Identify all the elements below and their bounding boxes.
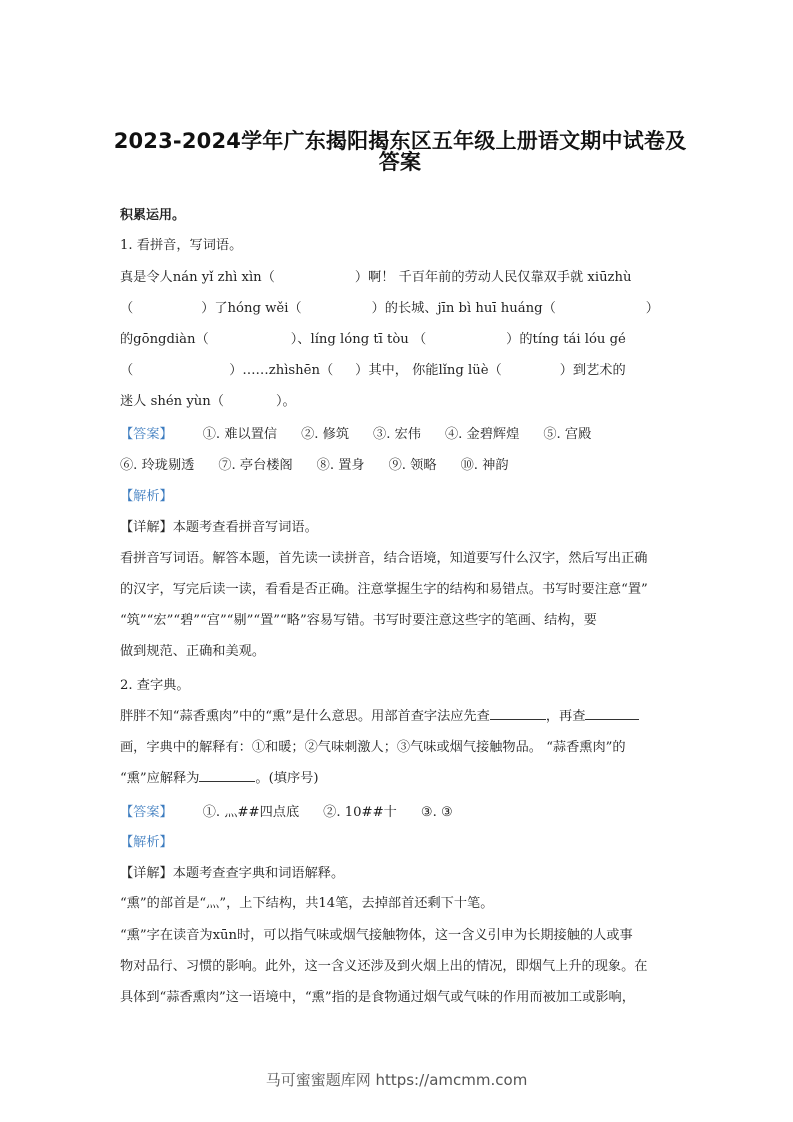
q1-line-3: 的gōngdiàn（）、líng lóng tī tòu （）的tíng tái… [120,330,680,350]
answer-tag: 【答案】 [120,805,173,820]
q1-line-5: 迷人 shén yùn（）。 [120,392,680,412]
analysis-tag: 【解析】 [120,833,680,853]
q1-detail-line: 的汉字，写完后读一读，看看是否正确。注意掌握生字的结构和易错点。书写时要注意“置… [120,580,680,600]
q1-line-1: 真是令人nán yǐ zhì xìn（）啊！ 千百年前的劳动人民仅靠双手就 xi… [120,268,680,288]
q1-line2-a: （ [120,301,133,316]
q1-detail-title: 【详解】本题考查看拼音写词语。 [120,518,680,538]
fill-blank [490,707,546,720]
q1-answer-line-1: 【答案】①. 难以置信②. 修筑③. 宏伟④. 金碧辉煌⑤. 宫殿 [120,425,680,445]
q2-answer-line: 【答案】①. 灬##四点底②. 10##十③. ③ [120,803,680,823]
q2-line-1: 胖胖不知“蒜香熏肉”中的“熏”是什么意思。用部首查字法应先查，再查 [120,707,680,727]
answer-item: ④. 金碧辉煌 [445,425,519,445]
q1-line5-b: ）。 [276,394,296,409]
answer-tag: 【答案】 [120,427,173,442]
q2-line-3: “熏”应解释为。(填序号) [120,769,680,789]
q2-line3-b: 。(填序号) [255,771,318,786]
answer-item: ⑧. 置身 [317,456,365,476]
q1-line2-d: ） [646,301,659,316]
q2-detail-line: “熏”字在读音为xūn时，可以指气味或烟气接触物体，这一含义引申为长期接触的人或… [120,926,680,946]
q2-detail-line: 具体到“蒜香熏肉”这一语境中，“熏”指的是食物通过烟气或气味的作用而被加工或影响… [120,988,680,1008]
q1-line4-a: （ [120,363,133,378]
answer-item: ⑦. 亭台楼阁 [218,456,292,476]
footer-watermark: 马可蜜蜜题库网 https://amcmm.com [0,1069,793,1090]
answer-item: ③. 宏伟 [373,425,421,445]
q1-line4-d: ）到艺术的 [560,363,626,378]
document-title-line2: 答案 [100,146,700,176]
q1-heading: 1. 看拼音，写词语。 [120,236,680,256]
q1-line1-a: 真是令人nán yǐ zhì xìn（ [120,270,275,285]
answer-item: ⑥. 玲珑剔透 [120,456,194,476]
q2-line1-a: 胖胖不知“蒜香熏肉”中的“熏”是什么意思。用部首查字法应先查 [120,709,490,724]
q1-line3-a: 的gōngdiàn（ [120,332,209,347]
answer-item: ⑤. 宫殿 [543,425,591,445]
q1-line3-c: ）的tíng tái lóu gé [506,332,626,347]
analysis-tag: 【解析】 [120,487,680,507]
q2-detail-title: 【详解】本题考查查字典和词语解释。 [120,864,680,884]
q2-line-2: 画，字典中的解释有：①和暖；②气味刺激人；③气味或烟气接触物品。 “蒜香熏肉”的 [120,738,680,758]
q1-line-2: （）了hóng wěi（）的长城、jīn bì huī huáng（） [120,299,680,319]
q2-line3-a: “熏”应解释为 [120,771,199,786]
q2-detail-line: 物对品行、习惯的影响。此外，这一含义还涉及到火烟上出的情况，即烟气上升的现象。在 [120,957,680,977]
answer-item: ①. 难以置信 [203,425,277,445]
answer-item: ③. ③ [421,803,453,823]
q1-answer-line-2: ⑥. 玲珑剔透⑦. 亭台楼阁⑧. 置身⑨. 领略⑩. 神韵 [120,456,680,476]
q2-detail-line: “熏”的部首是“灬”，上下结构，共14笔，去掉部首还剩下十笔。 [120,894,680,914]
q1-line4-c: ）其中， 你能lǐng lüè（ [355,363,502,378]
q1-line1-b: ）啊！ 千百年前的劳动人民仅靠双手就 xiūzhù [355,270,632,285]
q1-line2-c: ）的长城、jīn bì huī huáng（ [372,301,556,316]
q1-detail-line: 做到规范、正确和美观。 [120,642,680,662]
answer-item: ⑩. 神韵 [461,456,509,476]
q1-line5-a: 迷人 shén yùn（ [120,394,224,409]
q1-line3-b: ）、líng lóng tī tòu （ [291,332,426,347]
q1-line-4: （）……zhìshēn（）其中， 你能lǐng lüè（）到艺术的 [120,361,680,381]
q1-line4-b: ）……zhìshēn（ [229,363,333,378]
section-heading: 积累运用。 [120,206,680,226]
answer-item: ⑨. 领略 [389,456,437,476]
answer-item: ①. 灬##四点底 [203,803,299,823]
q2-heading: 2. 查字典。 [120,676,680,696]
q2-line1-b: ，再查 [546,709,586,724]
q1-line2-b: ）了hóng wěi（ [201,301,301,316]
q1-detail-line: “筑”“宏”“碧”“宫”“剔”“置”“略”容易写错。书写时要注意这些字的笔画、结… [120,611,680,631]
fill-blank [585,707,639,720]
answer-item: ②. 修筑 [301,425,349,445]
q1-detail-line: 看拼音写词语。解答本题，首先读一读拼音，结合语境，知道要写什么汉字，然后写出正确 [120,549,680,569]
fill-blank [199,769,255,782]
answer-item: ②. 10##十 [323,803,397,823]
